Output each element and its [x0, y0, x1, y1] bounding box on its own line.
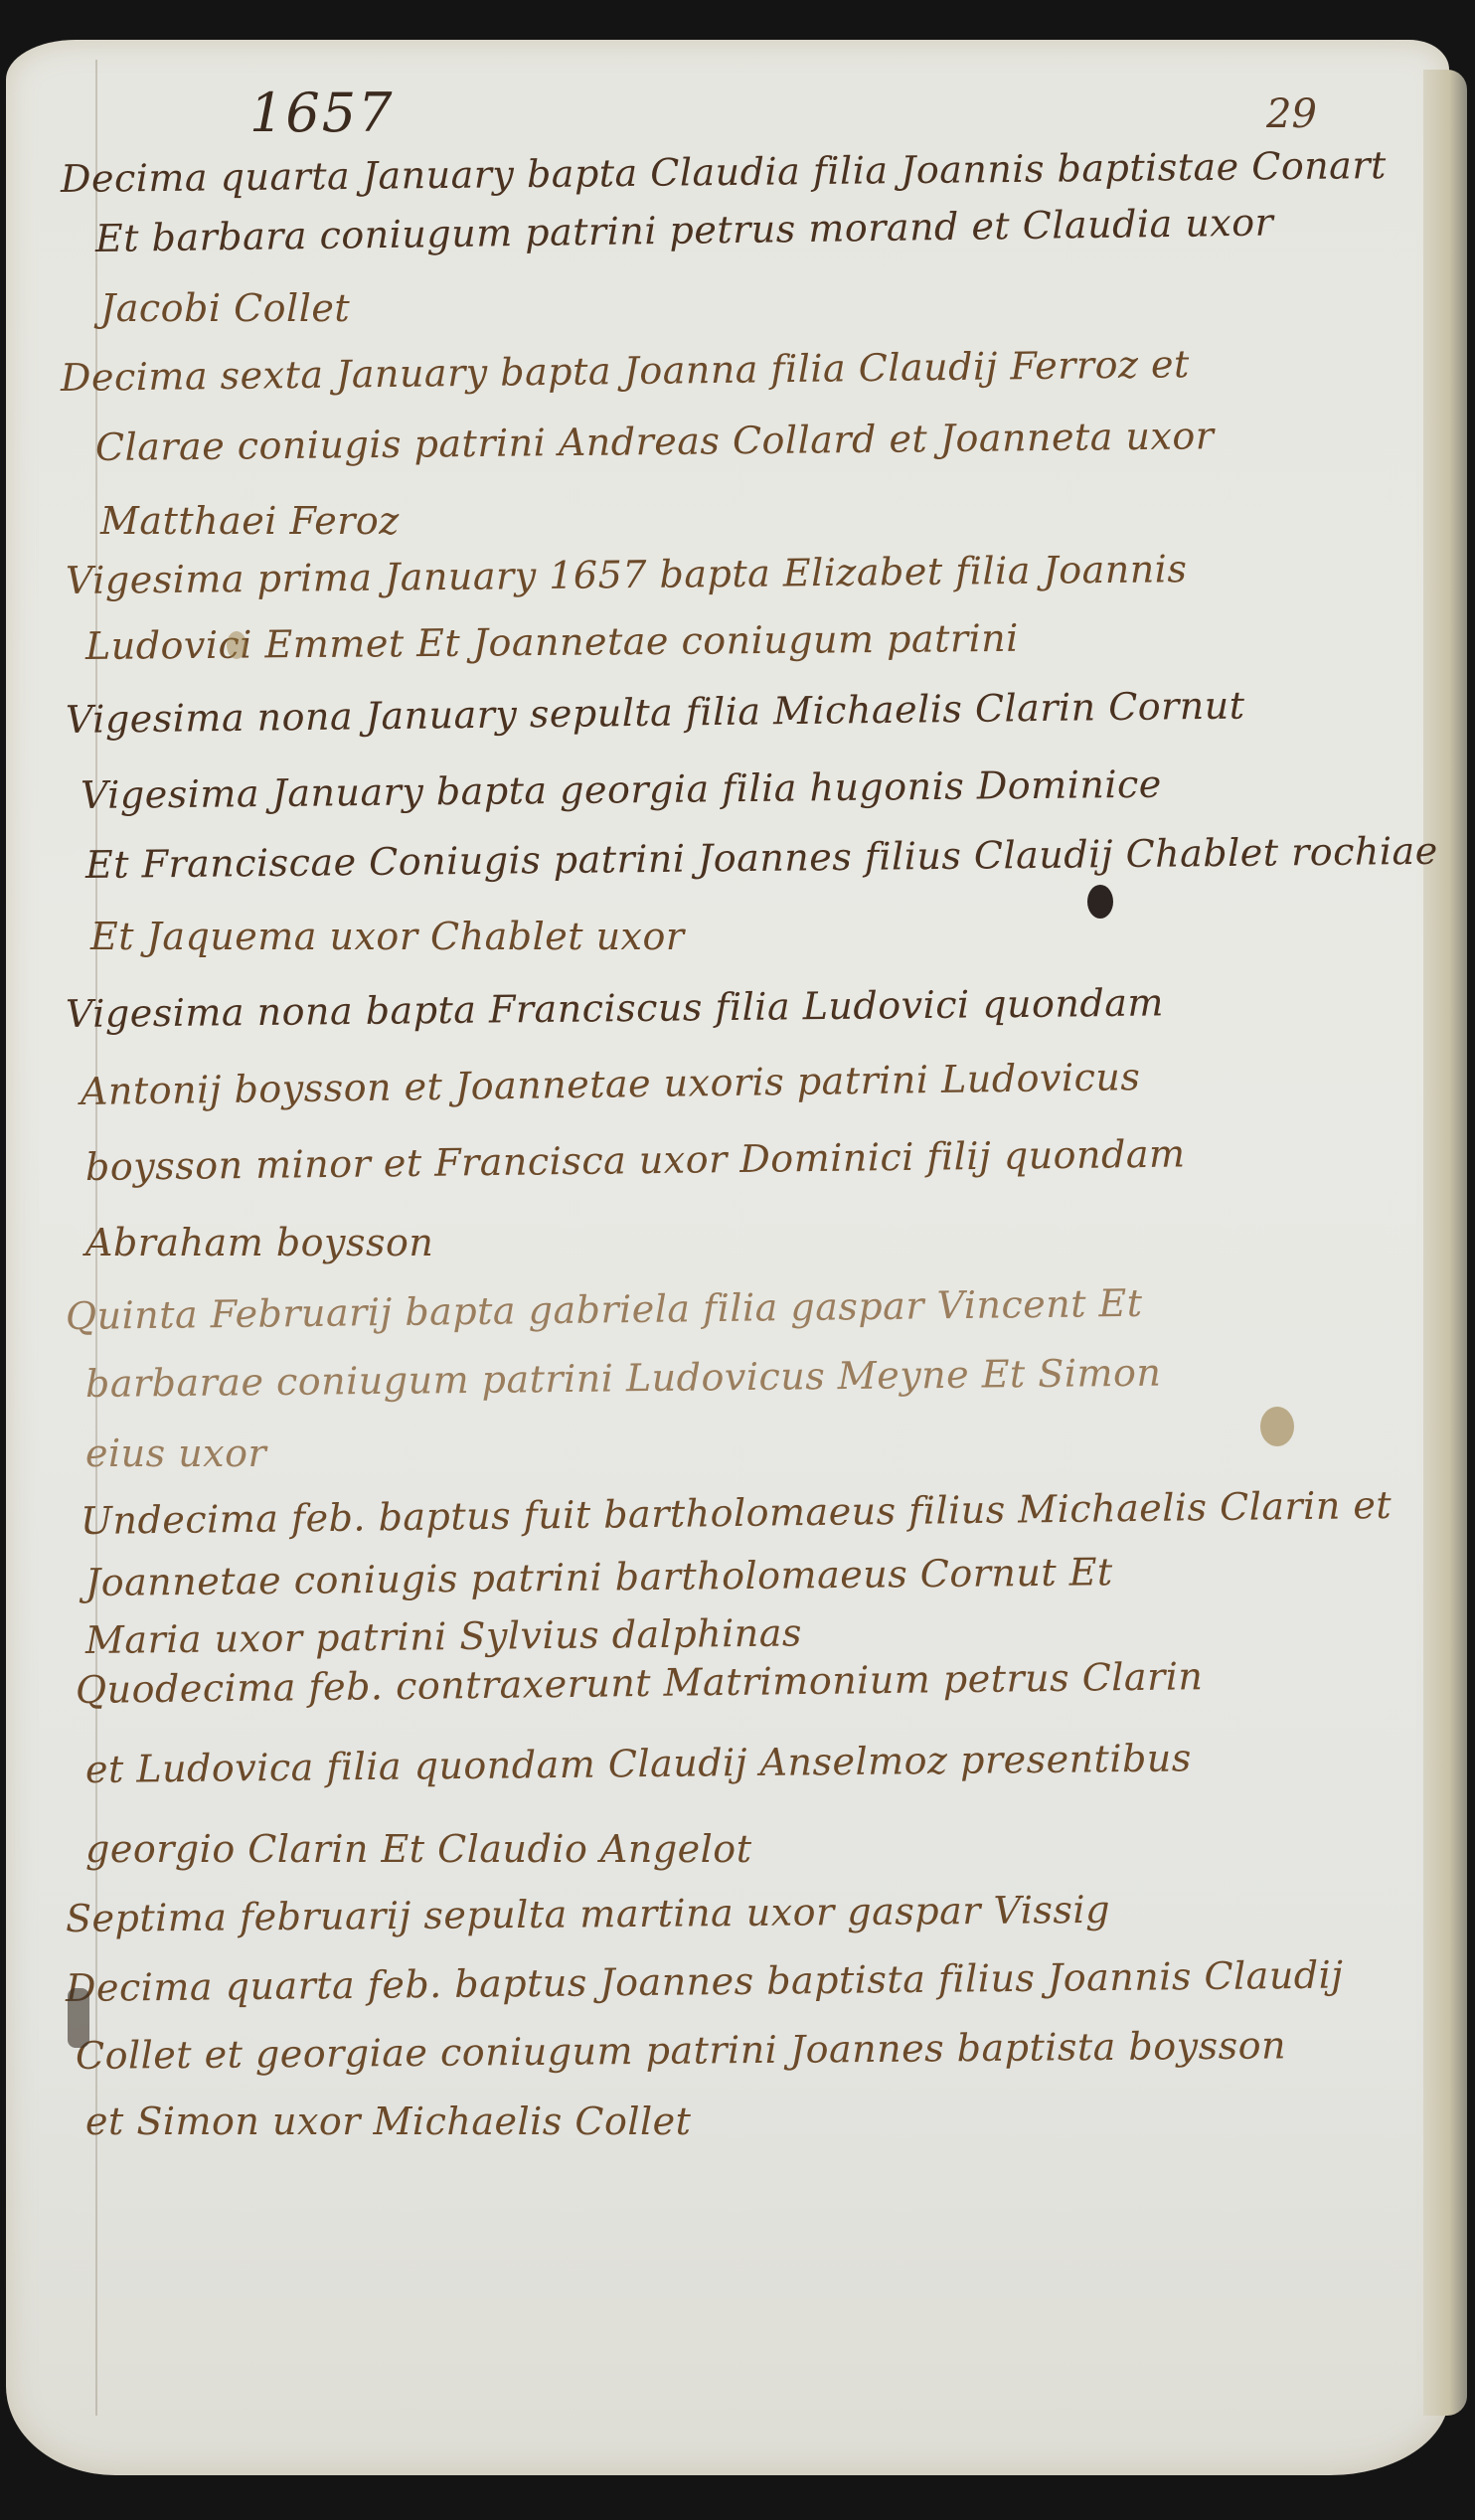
entry-line: et Simon uxor Michaelis Collet [85, 2100, 691, 2143]
entry-line: Decima quarta January bapta Claudia fili… [61, 143, 1387, 201]
stain [227, 631, 246, 659]
entry-line: Vigesima nona January sepulta filia Mich… [66, 684, 1245, 742]
entry-line: Et Franciscae Coniugis patrini Joannes f… [85, 829, 1438, 887]
entry-line: Quodecima feb. contraxerunt Matrimonium … [76, 1654, 1204, 1712]
entry-line: Undecima feb. baptus fuit bartholomaeus … [81, 1483, 1393, 1543]
year-heading: 1657 [249, 82, 394, 144]
entry-line: Joannetae coniugis patrini bartholomaeus… [85, 1550, 1113, 1604]
entry-line: eius uxor [85, 1431, 266, 1475]
entry-line: Clarae coniugis patrini Andreas Collard … [95, 414, 1215, 469]
entry-line: Vigesima nona bapta Franciscus filia Lud… [66, 980, 1164, 1036]
manuscript-page: 1657 29 Decima quarta January bapta Clau… [6, 40, 1449, 2475]
entry-line: et Ludovica filia quondam Claudij Anselm… [85, 1736, 1192, 1791]
entry-line: Ludovici Emmet Et Joannetae coniugum pat… [85, 616, 1019, 668]
entry-line: Jacobi Collet [100, 286, 350, 330]
folio-number: 29 [1266, 91, 1317, 137]
entry-line: Vigesima January bapta georgia filia hug… [81, 762, 1162, 817]
entry-line: Vigesima prima January 1657 bapta Elizab… [66, 547, 1188, 602]
stain [1260, 1407, 1294, 1446]
entry-line: Quinta Februarij bapta gabriela filia ga… [66, 1281, 1143, 1338]
ink-blot [68, 1988, 89, 2048]
entry-line: Collet et georgiae coniugum patrini Joan… [76, 2023, 1286, 2078]
entry-line: Abraham boysson [85, 1221, 433, 1264]
entry-line: Decima sexta January bapta Joanna filia … [61, 342, 1190, 400]
entry-line: Matthaei Feroz [100, 499, 400, 543]
entry-line: barbarae coniugum patrini Ludovicus Meyn… [85, 1351, 1162, 1406]
entry-line: Decima quarta feb. baptus Joannes baptis… [66, 1953, 1344, 2010]
entry-line: Maria uxor patrini Sylvius dalphinas [85, 1610, 802, 1662]
entry-line: Antonij boysson et Joannetae uxoris patr… [81, 1055, 1141, 1113]
entry-line: Et Jaquema uxor Chablet uxor [90, 915, 685, 958]
entry-line: Et barbara coniugum patrini petrus moran… [95, 200, 1274, 260]
entry-line: Septima februarij sepulta martina uxor g… [66, 1888, 1110, 1940]
page-edge [1423, 70, 1467, 2416]
entry-line: boysson minor et Francisca uxor Dominici… [85, 1131, 1186, 1189]
ink-blot [1087, 885, 1113, 919]
entry-line: georgio Clarin Et Claudio Angelot [85, 1827, 751, 1871]
